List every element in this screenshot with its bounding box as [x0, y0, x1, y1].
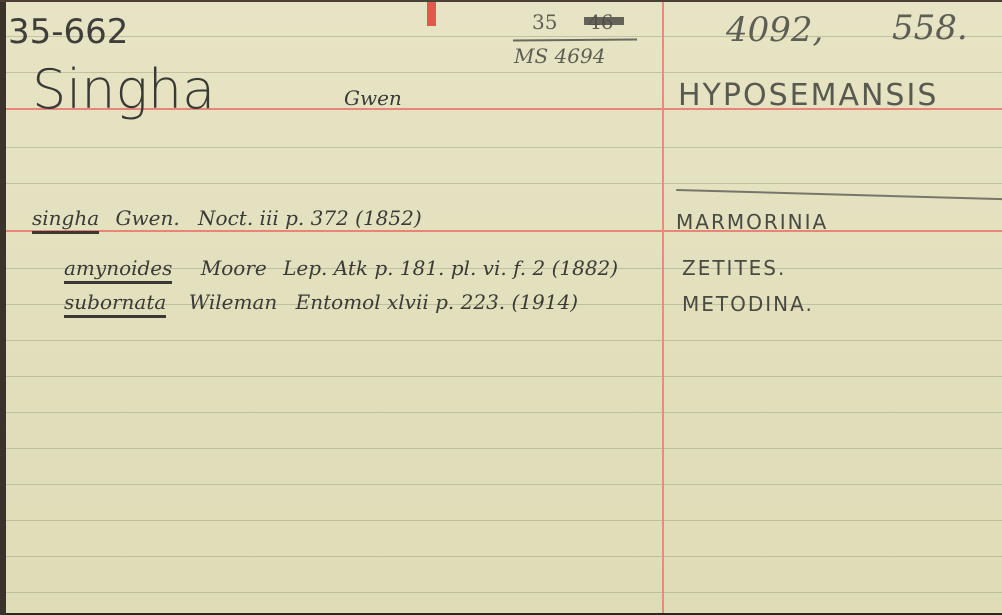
ruled-line: [6, 592, 1002, 593]
index-card: 35-662 Singha Gwen 35 46 MS 4694 4092, 5…: [6, 2, 1002, 613]
ruled-line: [6, 484, 1002, 485]
ruled-line: [6, 412, 1002, 413]
ruled-line: [6, 556, 1002, 557]
genus-author: Gwen: [344, 86, 402, 110]
ruled-line: [6, 36, 1002, 37]
catalog-number: 35-662: [8, 12, 128, 52]
ruled-line: [6, 147, 1002, 148]
ruled-line: [6, 520, 1002, 521]
entry-citation: Entomol xlvii p. 223. (1914): [296, 290, 578, 314]
entry-row: subornata Wileman Entomol xlvii p. 223. …: [64, 290, 578, 314]
entry-row: amynoides Moore Lep. Atk p. 181. pl. vi.…: [64, 256, 618, 280]
entry-author: Gwen.: [116, 206, 180, 230]
ruled-line: [6, 376, 1002, 377]
entry-species-name: amynoides: [64, 256, 172, 284]
entry-species-name: subornata: [64, 290, 166, 318]
entry-right-column: METODINA.: [682, 292, 814, 316]
top-right-number-2: 558.: [892, 8, 968, 48]
entry-author: Wileman: [189, 290, 278, 314]
fraction-denominator: MS 4694: [514, 44, 605, 68]
pencil-separator-line: [676, 189, 1002, 200]
top-right-number-1: 4092,: [726, 10, 823, 50]
entry-right-column: ZETITES.: [682, 256, 786, 280]
strikethrough-mark: [584, 17, 624, 25]
red-tab-mark: [427, 2, 436, 26]
entry-citation: Noct. iii p. 372 (1852): [198, 206, 422, 230]
red-margin-line: [662, 2, 664, 613]
entry-citation: Lep. Atk p. 181. pl. vi. f. 2 (1882): [283, 256, 618, 280]
ruled-line: [6, 183, 1002, 184]
entry-species-name: singha: [32, 206, 99, 234]
entry-right-column: MARMORINIA: [676, 210, 828, 234]
fraction-bar: [513, 38, 637, 41]
red-entry-line: [6, 230, 1002, 232]
fraction-numerator: 35: [532, 10, 557, 34]
entry-row: singha Gwen. Noct. iii p. 372 (1852): [32, 206, 422, 230]
genus-name: Singha: [32, 58, 215, 121]
ruled-line: [6, 448, 1002, 449]
ruled-line: [6, 340, 1002, 341]
family-heading: HYPOSEMANSIS: [678, 78, 938, 113]
entry-author: Moore: [201, 256, 267, 280]
